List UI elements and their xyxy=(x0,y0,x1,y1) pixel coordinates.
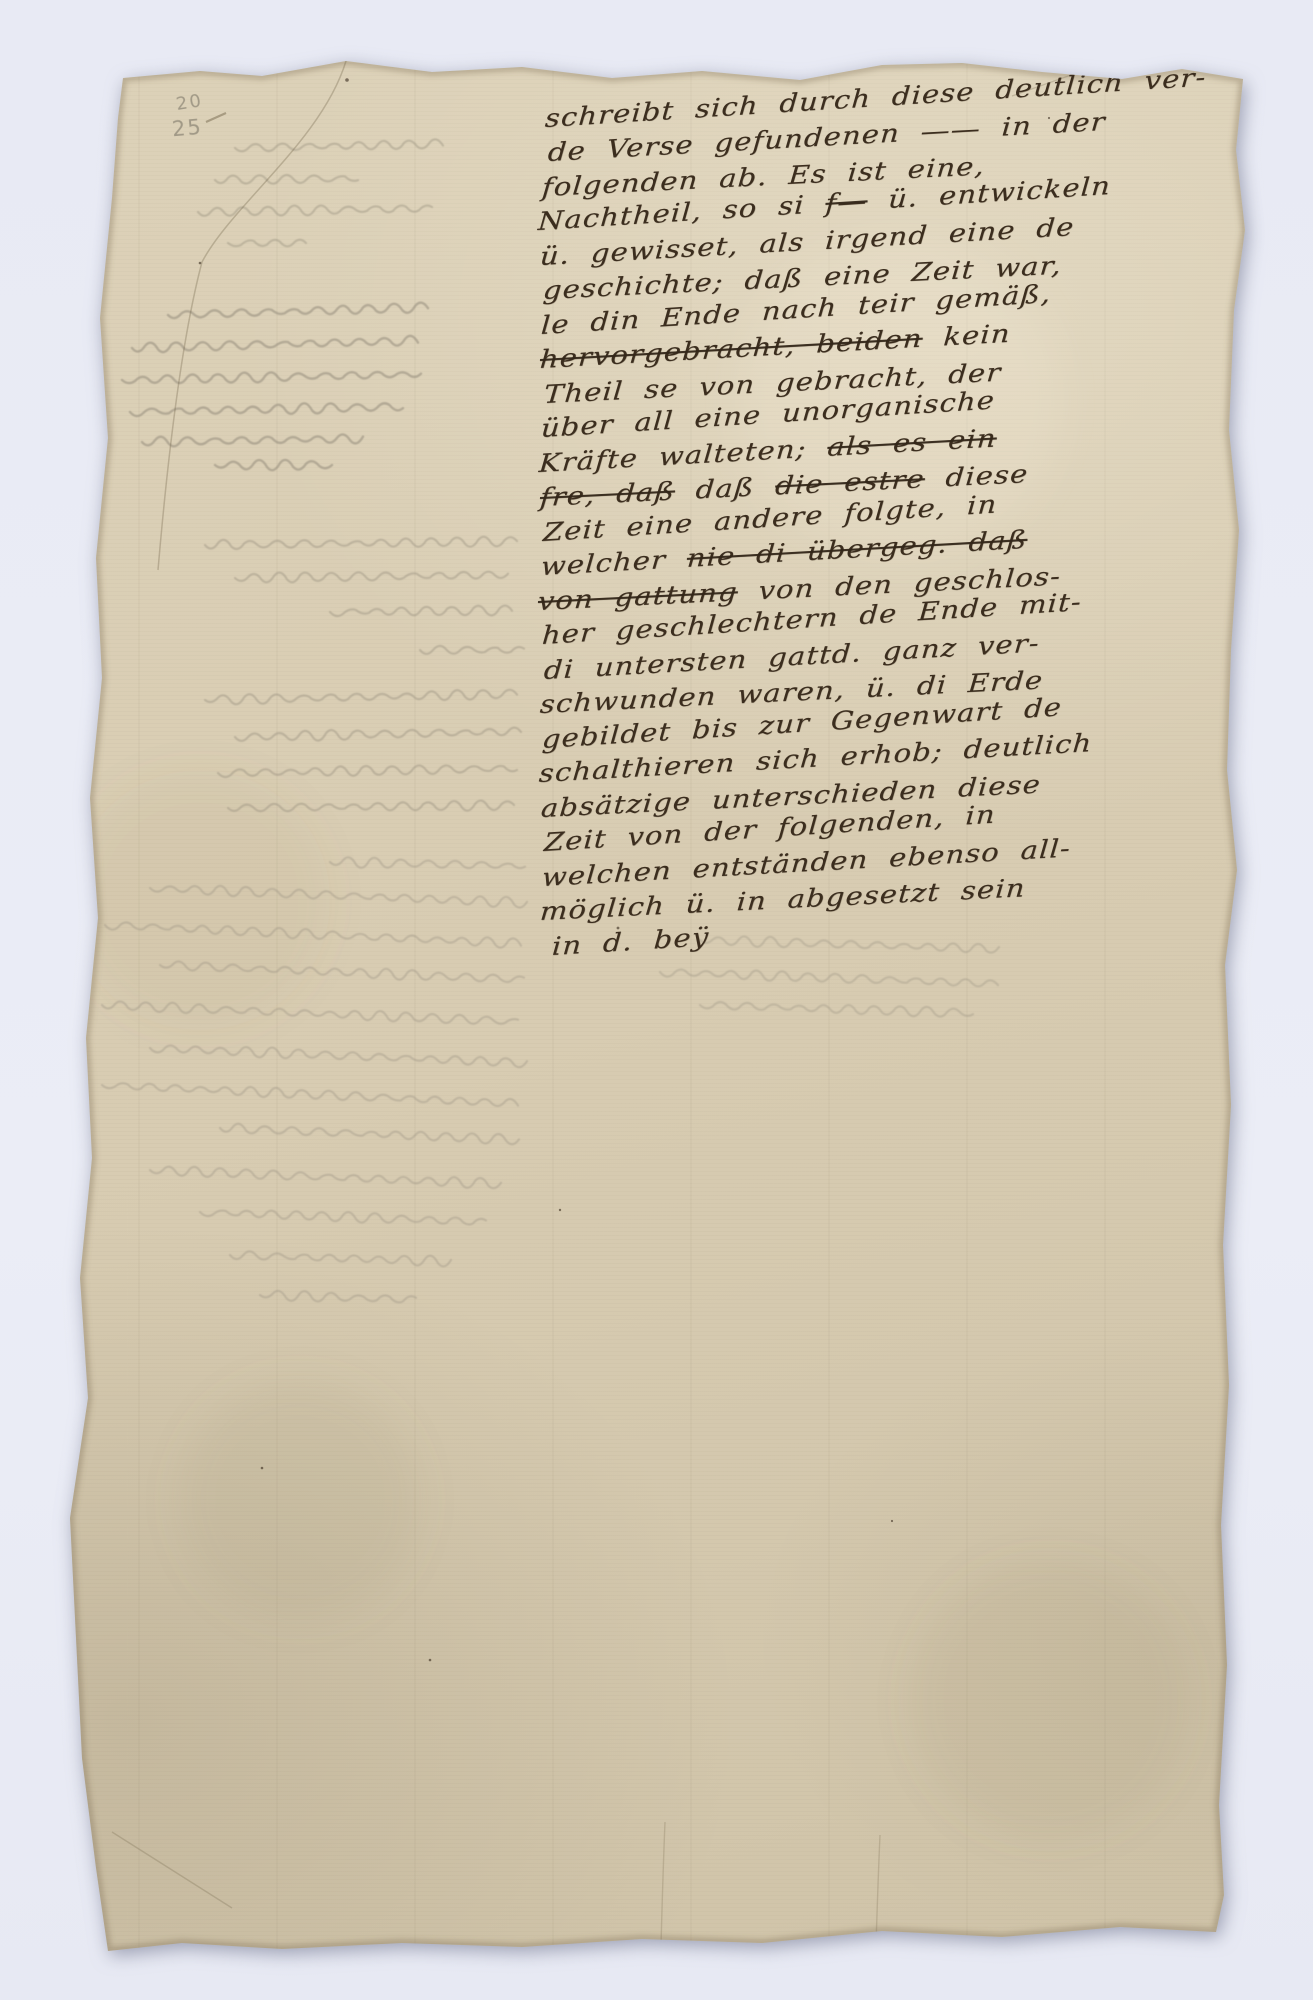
fold-crease xyxy=(661,1822,665,1945)
fold-crease xyxy=(112,1832,232,1908)
ink-speck xyxy=(261,1467,264,1470)
paper-overlay-svg xyxy=(0,0,1313,2000)
ghost-text-line xyxy=(220,1124,519,1145)
ink-speck xyxy=(199,262,202,265)
text-segment: daß xyxy=(674,471,776,505)
fold-crease xyxy=(206,113,226,122)
manuscript-paper: 20 25 schreibt sich durch diese deutlich… xyxy=(0,0,1313,2000)
ink-speck xyxy=(559,1209,561,1211)
ghost-text-line xyxy=(420,646,524,654)
ink-speck xyxy=(345,78,349,82)
ghost-text-line xyxy=(215,460,332,470)
ghost-text-line xyxy=(102,1083,518,1106)
text-segment: diese xyxy=(924,459,1030,493)
ghost-text-line xyxy=(700,1002,973,1017)
ghost-text-line xyxy=(700,936,999,952)
archive-number-bottom: 25 xyxy=(171,115,204,142)
ghost-text-line xyxy=(330,857,525,868)
text-segment: kein xyxy=(922,319,1012,353)
ghost-text-line xyxy=(142,434,363,446)
ghost-text-line xyxy=(130,403,403,416)
ghost-text-line xyxy=(150,1045,527,1067)
ghost-text-line xyxy=(215,175,358,184)
paper-shadow-wrap: 20 25 schreibt sich durch diese deutlich… xyxy=(0,0,1313,2000)
ghost-text-line xyxy=(660,970,998,987)
ghost-text-line xyxy=(260,1291,416,1303)
ghost-text-line xyxy=(230,1251,451,1266)
struck-text-segment: f— xyxy=(825,186,869,218)
ink-speck xyxy=(891,1520,893,1522)
ghost-text-line xyxy=(132,336,418,352)
ghost-text-line xyxy=(330,606,512,617)
archive-number-top: 20 xyxy=(175,90,205,115)
text-segment: —— xyxy=(920,114,982,147)
ghost-text-line xyxy=(198,205,432,215)
ghost-text-line xyxy=(150,1167,501,1189)
ghost-text-line xyxy=(235,139,443,151)
scanner-bed-background: 20 25 schreibt sich durch diese deutlich… xyxy=(0,0,1313,2000)
ink-speck xyxy=(429,1659,432,1662)
ghost-text-line xyxy=(228,240,306,247)
ghost-text-line xyxy=(205,690,517,705)
ghost-text-line xyxy=(205,537,517,549)
ghost-text-line xyxy=(218,765,517,777)
ghost-text-line xyxy=(122,372,421,383)
ghost-text-line xyxy=(168,303,428,318)
ghost-text-line xyxy=(200,1210,486,1224)
ghost-text-line xyxy=(235,572,508,583)
ghost-text-line xyxy=(235,728,521,741)
